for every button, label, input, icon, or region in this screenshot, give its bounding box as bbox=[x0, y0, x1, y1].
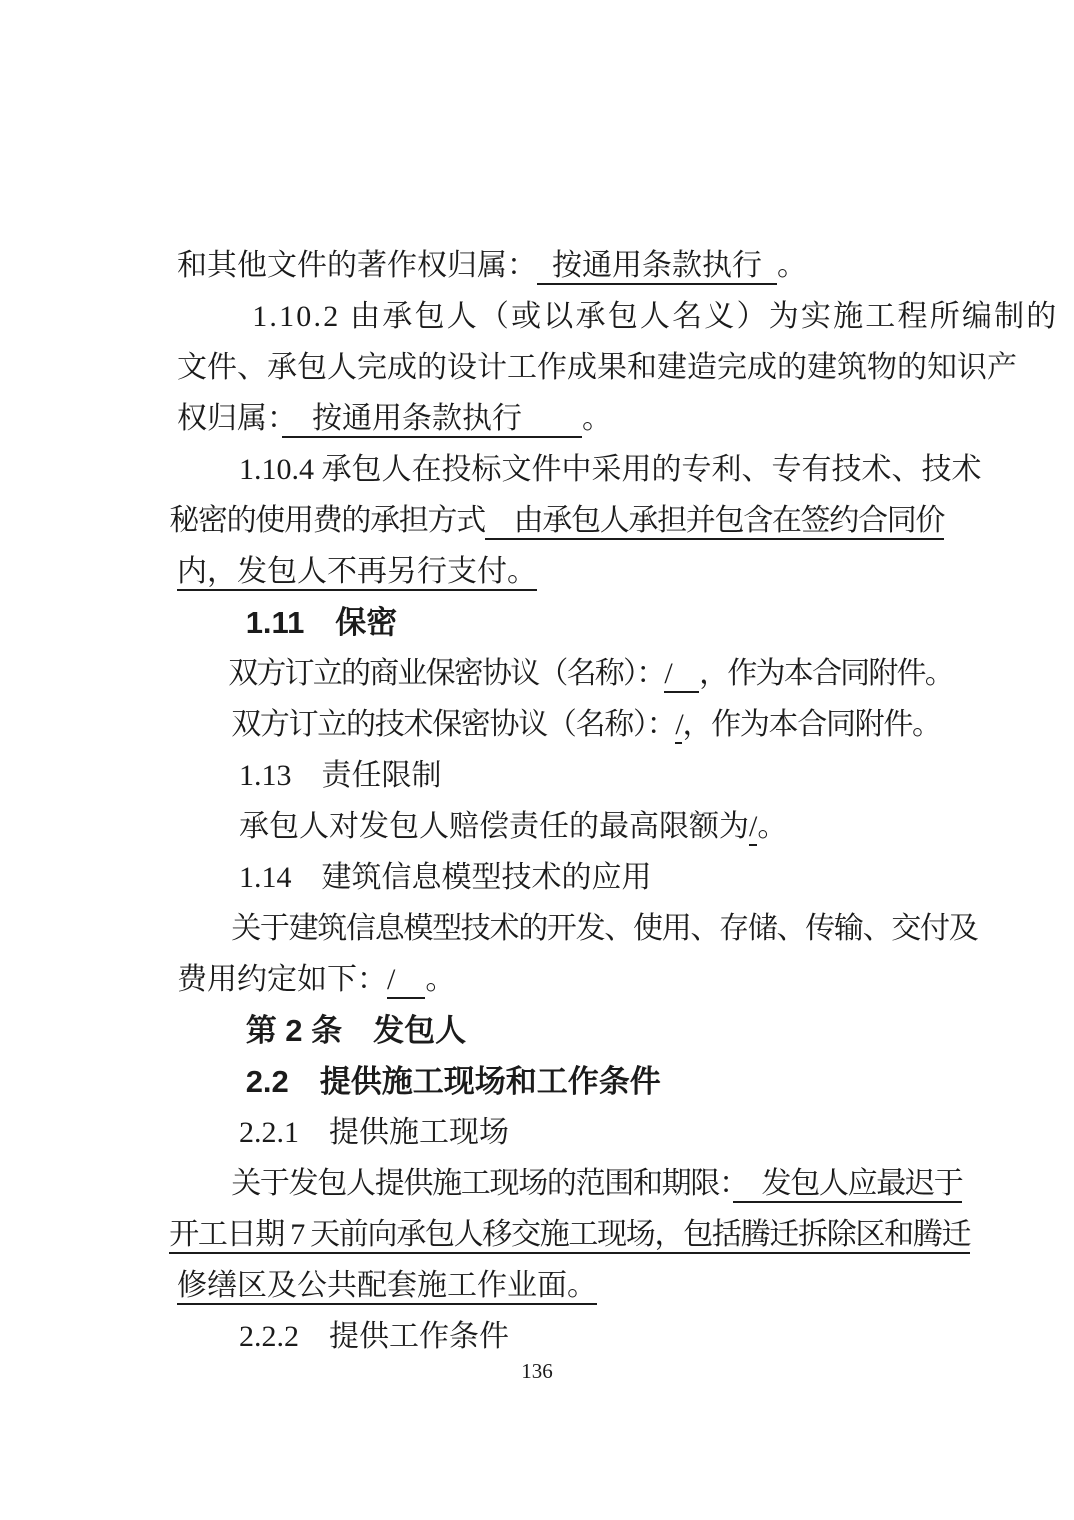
filled-blank: 内，发包人不再另行支付。 bbox=[177, 555, 537, 591]
text-run: 关于发包人提供施工现场的范围和期限： bbox=[231, 1167, 733, 1200]
text-run: 文件、承包人完成的设计工作成果和建造完成的建筑物的知识产 bbox=[177, 351, 1017, 384]
document-page: 和其他文件的著作权归属： 按通用条款执行 。 1.10.2 由承包人（或以承包人… bbox=[0, 0, 1074, 1520]
text-run: 1.10.2 由承包人（或以承包人名义）为实施工程所编制的 bbox=[252, 300, 1058, 333]
text-run: 关于建筑信息模型技术的开发、使用、存储、传输、交付及 bbox=[231, 912, 977, 945]
text-run: 权归属： bbox=[177, 402, 282, 435]
filled-blank: 发包人应最迟于 bbox=[733, 1167, 963, 1203]
filled-blank: 按通用条款执行 bbox=[537, 249, 777, 285]
text-run: 双方订立的商业保密协议（名称）： bbox=[228, 657, 664, 690]
text-run: 。 bbox=[757, 810, 787, 843]
filled-blank: 修缮区及公共配套施工作业面。 bbox=[177, 1269, 597, 1305]
text-run: 秘密的使用费的承担方式 bbox=[169, 504, 485, 537]
line-other-docs-copyright: 和其他文件的著作权归属： 按通用条款执行 。 bbox=[132, 189, 938, 240]
document-content: 和其他文件的著作权归属： 按通用条款执行 。 1.10.2 由承包人（或以承包人… bbox=[132, 189, 938, 1311]
text-run: 。 bbox=[777, 249, 807, 282]
text-run: 费用约定如下： bbox=[177, 963, 387, 996]
heading-text: 1.13 责任限制 bbox=[239, 759, 442, 792]
filled-blank: 按通用条款执行 bbox=[282, 402, 582, 438]
heading-text: 1.11 保密 bbox=[246, 605, 398, 640]
text-run: 承包人对发包人赔偿责任的最高限额为 bbox=[239, 810, 749, 843]
heading-text: 2.2 提供施工现场和工作条件 bbox=[246, 1064, 661, 1099]
text-run: 。 bbox=[425, 963, 455, 996]
heading-text: 2.2.1 提供施工现场 bbox=[239, 1116, 509, 1149]
heading-text: 第 2 条 发包人 bbox=[246, 1013, 466, 1048]
filled-blank: 开工日期 7 天前向承包人移交施工现场，包括腾迁拆除区和腾迁 bbox=[169, 1218, 970, 1254]
filled-blank: / bbox=[664, 657, 699, 693]
heading-text: 2.2.2 提供工作条件 bbox=[239, 1320, 509, 1353]
text-run: 1.10.4 承包人在投标文件中采用的专利、专有技术、技术 bbox=[239, 453, 982, 486]
filled-blank: 由承包人承担并包含在签约合同价 bbox=[485, 504, 944, 540]
page-number: 136 bbox=[0, 1356, 1074, 1386]
heading-text: 1.14 建筑信息模型技术的应用 bbox=[239, 861, 652, 894]
text-run: 双方订立的技术保密协议（名称）： bbox=[231, 708, 675, 741]
text-run: 。 bbox=[582, 402, 612, 435]
text-run: 和其他文件的著作权归属： bbox=[177, 249, 537, 282]
text-run: ，作为本合同附件。 bbox=[682, 708, 940, 741]
filled-blank: / bbox=[387, 963, 425, 999]
text-run: ，作为本合同附件。 bbox=[699, 657, 953, 690]
